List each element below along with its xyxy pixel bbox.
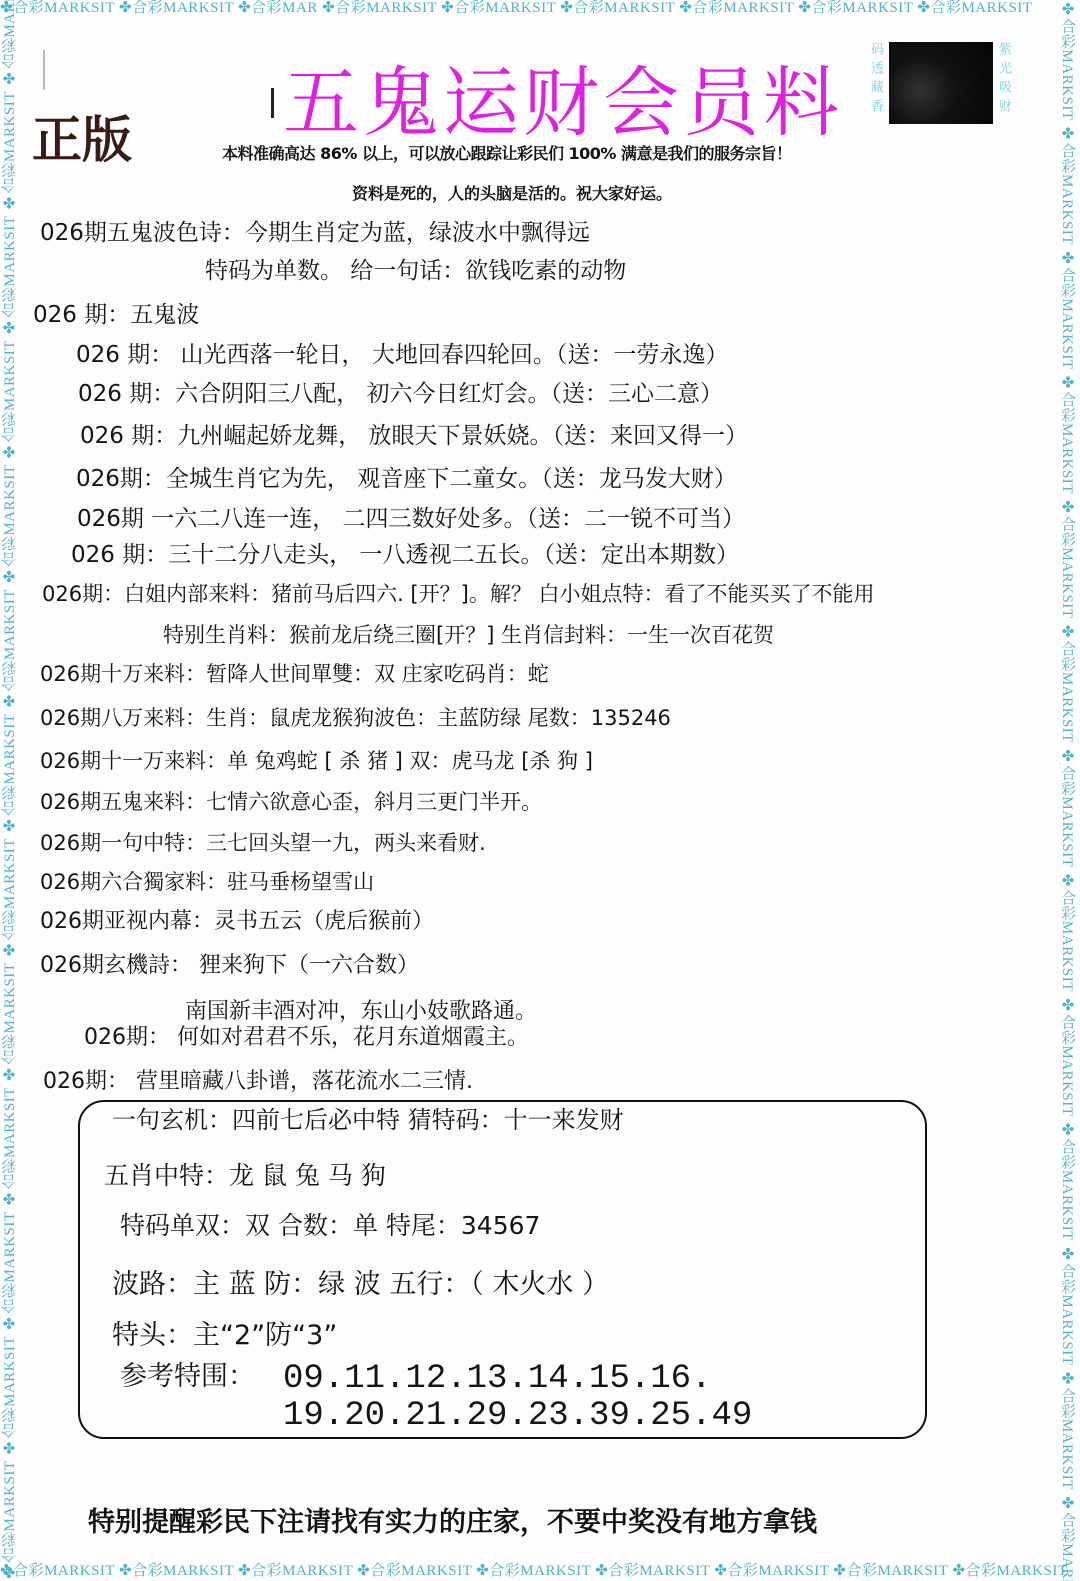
stamp-left-text: 码透藏香 <box>869 42 885 118</box>
verse-line: 026 期：三十二分八走头， 一八透视二五长。（送：定出本期数） <box>71 536 739 569</box>
watermark-border-bottom: ✤合彩MARKSIT ✤合彩MARKSIT ✤合彩MARKSIT ✤合彩MARK… <box>0 1562 1080 1581</box>
one-phrase-line: 026期一句中特：三七回头望一九，两头来看财. <box>40 827 486 857</box>
one-ten-thousand-line: 026期十一万来料：单 兔鸡蛇 [ 杀 猪 ] 双：虎马龙 [杀 狗 ] <box>40 745 593 775</box>
box-reference-label: 参考特围： <box>120 1354 255 1393</box>
footer-warning: 特别提醒彩民下注请找有实力的庄家，不要中奖没有地方拿钱 <box>88 1500 817 1539</box>
hundred-thousand-line: 026期十万来料：暂降人世间單雙：双 庄家吃码肖：蛇 <box>40 658 549 688</box>
box-mystic-line: 一句玄机：四前七后必中特 猜特码：十一来发财 <box>112 1100 624 1135</box>
box-reference-numbers-row-1: 09.11.12.13.14.15.16. <box>283 1360 711 1398</box>
box-reference-numbers-row-2: 19.20.21.29.23.39.25.49 <box>283 1397 752 1435</box>
eighty-thousand-line: 026期八万来料：生肖：鼠虎龙猴狗波色：主蓝防绿 尾数：135246 <box>40 702 671 732</box>
five-ghost-source-line: 026期五鬼来料：七情六欲意心歪，斜月三更门半开。 <box>40 786 542 816</box>
stamp-image: 码透藏香 紫光吸财 <box>865 38 1015 128</box>
five-ghost-wave-heading: 026 期：五鬼波 <box>33 296 199 329</box>
title-cursor-mark <box>271 88 274 118</box>
stamp-right-text: 紫光吸财 <box>997 42 1013 118</box>
box-head-line: 特头：主“2”防“3” <box>112 1313 337 1352</box>
subtitle-motto: 资料是死的，人的头脑是活的。祝大家好运。 <box>352 181 672 204</box>
page-title: 五鬼运财会员料 <box>283 42 843 151</box>
liuhe-exclusive-line: 026期六合獨家料：驻马垂杨望雪山 <box>40 866 374 896</box>
watermark-border-right: ✤合彩MARKSIT ✤合彩MARKSIT ✤合彩MARKSIT ✤合彩MARK… <box>1057 0 1077 1581</box>
watermark-border-left: ✤合彩MARKSIT ✤合彩MARKSIT ✤合彩MARKSIT ✤合彩MARK… <box>0 0 20 1581</box>
special-zodiac-line: 特别生肖料：猴前龙后绕三圈[开？] 生肖信封料：一生一次百花贺 <box>163 619 774 649</box>
poem-hint-line: 特码为单数。 给一句话：欲钱吃素的动物 <box>205 252 626 285</box>
verse-line: 026 期：九州崛起娇龙舞， 放眼天下景妖娆。（送：来回又得一） <box>80 417 748 450</box>
poem-color-line: 026期五鬼波色诗：今期生肖定为蓝，绿波水中飘得远 <box>40 214 590 247</box>
verse-line: 026 期： 山光西落一轮日， 大地回春四轮回。（送：一劳永逸） <box>76 336 728 369</box>
final-poem-line-2: 026期： 何如对君君不乐，花月东道烟霞主。 <box>84 1020 529 1051</box>
box-five-zodiac-line: 五肖中特：龙 鼠 兔 马 狗 <box>104 1156 386 1192</box>
subtitle-accuracy: 本料准确高达 86% 以上，可以放心跟踪让彩民们 100% 满意是我们的服务宗旨… <box>222 141 792 164</box>
watermark-border-top: ✤合彩MARKSIT ✤合彩MARKSIT ✤合彩MAR ✤合彩MARKSIT … <box>0 0 1080 18</box>
white-sister-line: 026期：白姐内部来料：猪前马后四六. [开？]。解？ 白小姐点特：看了不能买买… <box>42 578 875 608</box>
verse-line: 026期 一六二八连一连， 二四三数好处多。（送：二一锐不可当） <box>77 500 745 533</box>
verse-line: 026期：全城生肖它为先， 观音座下二童女。（送：龙马发大财） <box>76 460 737 493</box>
authentic-badge: 正版 <box>32 100 132 172</box>
atv-insider-line: 026期亚视内幕：灵书五云（虎后猴前） <box>40 904 434 935</box>
final-poem-line-3: 026期： 营里暗藏八卦谱，落花流水二三情. <box>43 1064 473 1095</box>
decorative-divider <box>43 50 45 90</box>
mystic-poem-line: 026期玄機詩： 狸来狗下（一六合数） <box>40 948 419 979</box>
stamp-photo <box>889 42 993 124</box>
verse-line: 026 期：六合阴阳三八配， 初六今日红灯会。（送：三心二意） <box>78 375 723 408</box>
box-wave-line: 波路：主 蓝 防：绿 波 五行：（ 木火水 ） <box>112 1262 609 1301</box>
box-odd-even-line: 特码单双：双 合数：单 特尾：34567 <box>120 1206 540 1242</box>
